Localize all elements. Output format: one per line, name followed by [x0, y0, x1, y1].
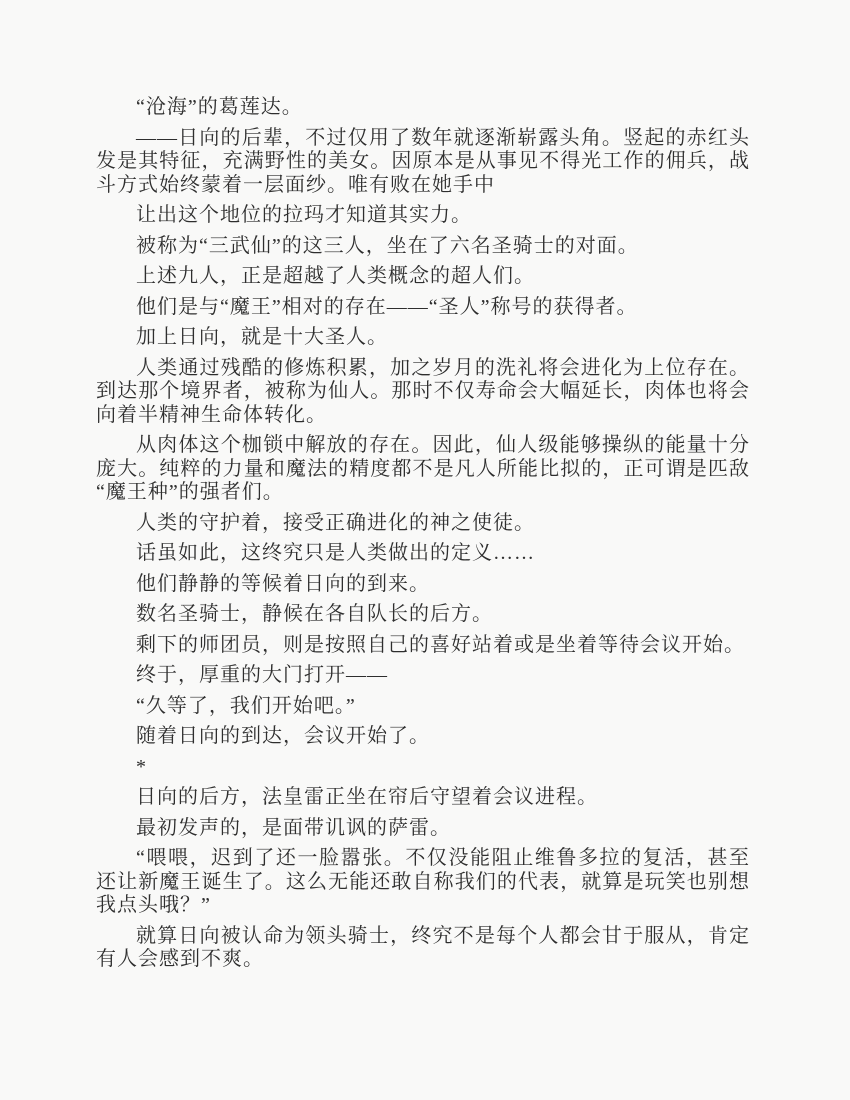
paragraph: “喂喂，迟到了还一脸嚣张。不仅没能阻止维鲁多拉的复活，甚至还让新魔王诞生了。这么… [96, 847, 750, 918]
paragraph: 被称为“三武仙”的这三人，坐在了六名圣骑士的对面。 [96, 235, 750, 259]
novel-page: “沧海”的葛莲达。——日向的后辈，不过仅用了数年就逐渐崭露头角。竖起的赤红头发是… [0, 0, 850, 1100]
paragraph: 他们静静的等候着日向的到来。 [96, 573, 750, 597]
paragraph: 加上日向，就是十大圣人。 [96, 326, 750, 350]
paragraph: ——日向的后辈，不过仅用了数年就逐渐崭露头角。竖起的赤红头发是其特征，充满野性的… [96, 127, 750, 198]
paragraph: 数名圣骑士，静候在各自队长的后方。 [96, 603, 750, 627]
paragraph: 剩下的师团员，则是按照自己的喜好站着或是坐着等待会议开始。 [96, 634, 750, 658]
paragraph: 最初发声的，是面带讥讽的萨雷。 [96, 817, 750, 841]
paragraph: “沧海”的葛莲达。 [96, 96, 750, 120]
paragraph: 从肉体这个枷锁中解放的存在。因此，仙人级能够操纵的能量十分庞大。纯粹的力量和魔法… [96, 434, 750, 505]
paragraph: 话虽如此，这终究只是人类做出的定义…… [96, 542, 750, 566]
paragraph: 就算日向被认命为领头骑士，终究不是每个人都会甘于服从，肯定有人会感到不爽。 [96, 925, 750, 972]
novel-text-body: “沧海”的葛莲达。——日向的后辈，不过仅用了数年就逐渐崭露头角。竖起的赤红头发是… [96, 96, 750, 972]
paragraph: “久等了，我们开始吧。” [96, 695, 750, 719]
paragraph: 他们是与“魔王”相对的存在——“圣人”称号的获得者。 [96, 296, 750, 320]
paragraph: 人类通过残酷的修炼积累，加之岁月的洗礼将会进化为上位存在。到达那个境界者，被称为… [96, 357, 750, 428]
paragraph: * [96, 756, 750, 780]
paragraph: 随着日向的到达，会议开始了。 [96, 725, 750, 749]
paragraph: 上述九人，正是超越了人类概念的超人们。 [96, 265, 750, 289]
paragraph: 终于，厚重的大门打开—— [96, 664, 750, 688]
paragraph: 让出这个地位的拉玛才知道其实力。 [96, 204, 750, 228]
paragraph: 人类的守护着，接受正确进化的神之使徒。 [96, 512, 750, 536]
paragraph: 日向的后方，法皇雷正坐在帘后守望着会议进程。 [96, 786, 750, 810]
